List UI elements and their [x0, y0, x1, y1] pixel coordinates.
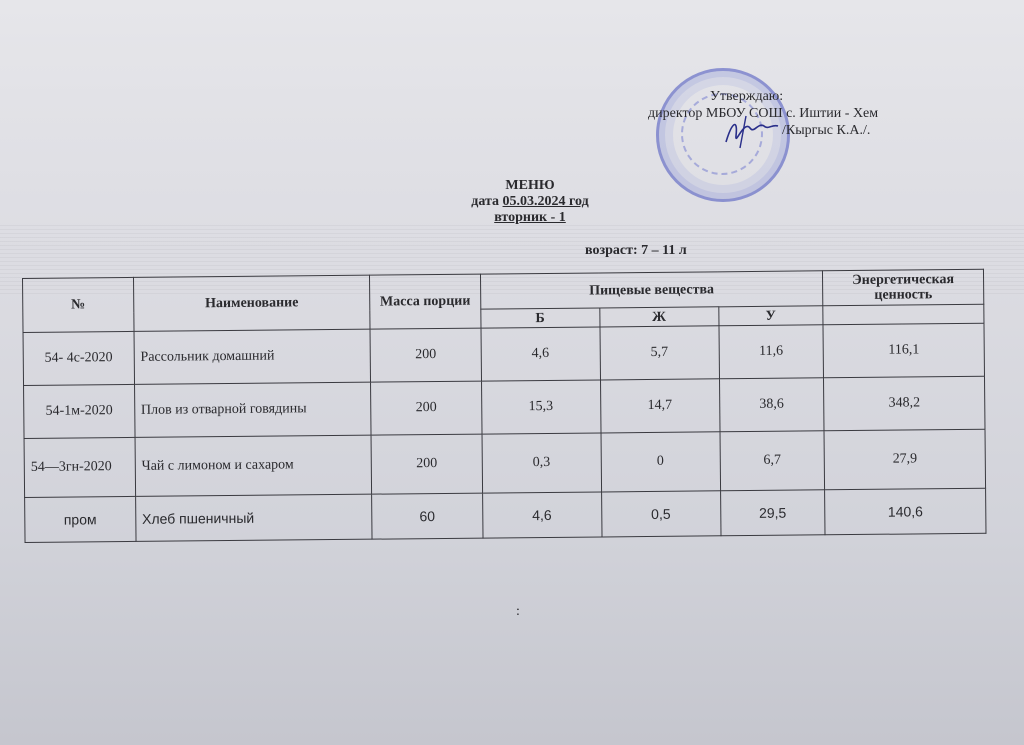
row-b: 4,6 — [481, 327, 600, 381]
row-zh: 5,7 — [600, 326, 719, 380]
header-u: У — [718, 306, 823, 326]
row-num: пром — [25, 496, 136, 542]
header-mass: Масса порции — [370, 274, 481, 329]
row-b: 0,3 — [482, 433, 601, 493]
table-row: 54-1м-2020 Плов из отварной говядины 200… — [24, 376, 985, 438]
approval-label: Утверждаю: — [640, 88, 910, 105]
header-num: № — [23, 277, 134, 332]
row-b: 15,3 — [481, 380, 600, 434]
menu-date-line: дата 05.03.2024 год — [380, 194, 680, 210]
header-nutrients: Пищевые вещества — [480, 271, 823, 309]
row-u: 29,5 — [720, 490, 825, 536]
date-value: 05.03.2024 год — [503, 194, 589, 209]
row-energy: 116,1 — [823, 323, 984, 378]
table-row: 54—3гн-2020 Чай с лимоном и сахаром 200 … — [24, 429, 986, 497]
footer-mark: : — [516, 604, 520, 620]
row-mass: 200 — [370, 328, 481, 382]
row-mass: 60 — [372, 493, 483, 539]
row-num: 54—3гн-2020 — [24, 437, 135, 497]
row-name: Рассольник домашний — [134, 329, 371, 384]
row-u: 6,7 — [720, 431, 825, 491]
approval-block: Утверждаю: директор МБОУ СОШ с. Иштии - … — [640, 88, 910, 139]
row-energy: 140,6 — [825, 488, 986, 535]
row-u: 11,6 — [718, 325, 823, 379]
table-row: 54- 4с-2020 Рассольник домашний 200 4,6 … — [23, 323, 984, 385]
date-prefix: дата — [471, 194, 502, 209]
approval-signatory: /Кыргыс К.А./. — [640, 122, 910, 139]
approval-director: директор МБОУ СОШ с. Иштии - Хем — [640, 105, 910, 122]
row-name: Чай с лимоном и сахаром — [135, 435, 372, 496]
row-u: 38,6 — [719, 378, 824, 432]
header-energy-empty — [823, 304, 984, 325]
menu-table: № Наименование Масса порции Пищевые веще… — [22, 269, 986, 543]
row-mass: 200 — [371, 434, 482, 494]
menu-day: вторник - 1 — [380, 210, 680, 226]
row-num: 54-1м-2020 — [24, 384, 135, 438]
header-energy: Энергетическая ценность — [823, 269, 984, 306]
row-b: 4,6 — [482, 492, 601, 538]
age-group: возраст: 7 – 11 л — [585, 243, 687, 259]
row-zh: 14,7 — [600, 379, 719, 433]
header-zh: Ж — [599, 307, 718, 327]
row-zh: 0 — [601, 432, 720, 492]
row-zh: 0,5 — [601, 491, 720, 537]
row-name: Хлеб пшеничный — [135, 494, 372, 541]
row-energy: 27,9 — [824, 429, 985, 490]
row-num: 54- 4с-2020 — [23, 331, 134, 385]
menu-title-block: МЕНЮ дата 05.03.2024 год вторник - 1 — [380, 178, 680, 226]
row-name: Плов из отварной говядины — [134, 382, 371, 437]
table-row: пром Хлеб пшеничный 60 4,6 0,5 29,5 140,… — [25, 488, 986, 542]
row-mass: 200 — [371, 381, 482, 435]
menu-title: МЕНЮ — [380, 178, 680, 194]
header-name: Наименование — [133, 275, 370, 331]
header-b: Б — [481, 308, 600, 328]
row-energy: 348,2 — [824, 376, 985, 431]
document-page: Утверждаю: директор МБОУ СОШ с. Иштии - … — [0, 0, 1024, 745]
